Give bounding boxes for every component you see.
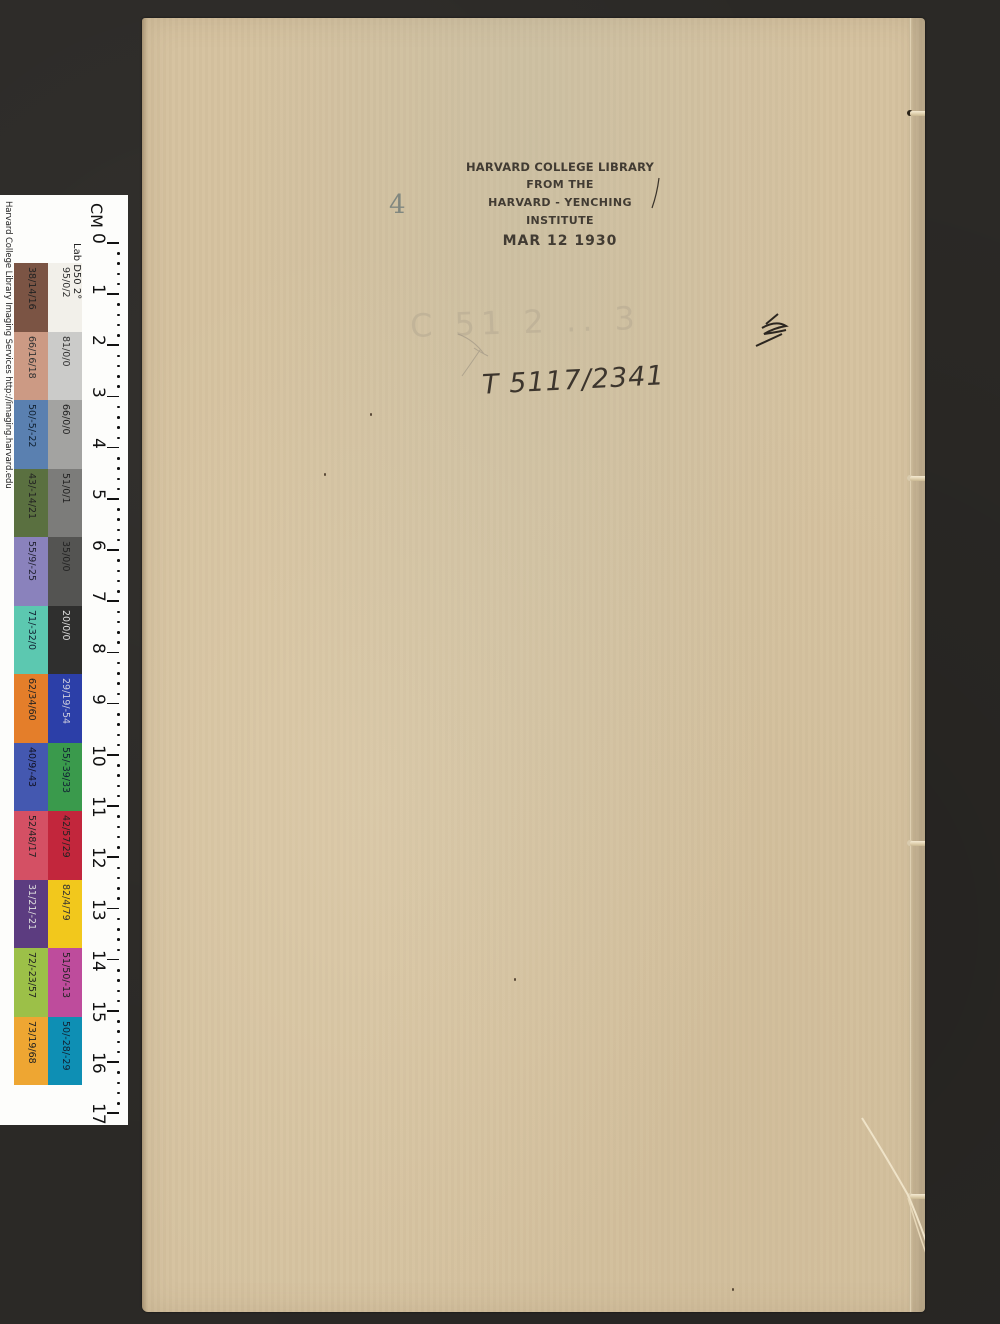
ruler-major-tick bbox=[107, 293, 119, 295]
ruler-number: 2 bbox=[89, 335, 106, 346]
ruler-minor-tick bbox=[117, 764, 120, 767]
ruler-minor-tick bbox=[117, 488, 120, 491]
swatch-label: 55/-39/33 bbox=[48, 747, 82, 816]
ruler-minor-tick bbox=[117, 918, 120, 921]
ruler-minor-tick bbox=[117, 508, 120, 511]
ruler-number: 3 bbox=[89, 387, 106, 398]
ruler-number: 13 bbox=[89, 899, 106, 921]
swatch-label: 20/0/0 bbox=[48, 610, 82, 679]
ruler-major-tick bbox=[107, 447, 119, 449]
ruler-number: 5 bbox=[89, 489, 106, 500]
color-swatch: 51/0/1 bbox=[48, 469, 82, 538]
ruler-minor-tick bbox=[117, 559, 120, 562]
ruler-minor-tick bbox=[117, 1082, 120, 1085]
ruler-minor-tick bbox=[117, 836, 120, 839]
ruler-minor-tick bbox=[117, 273, 120, 276]
color-swatch: 42/57/29 bbox=[48, 811, 82, 880]
ruler-minor-tick bbox=[117, 478, 120, 481]
ruler-minor-tick bbox=[117, 795, 120, 798]
ruler-minor-tick bbox=[117, 928, 120, 931]
ruler-major-tick bbox=[107, 856, 119, 858]
ruler-minor-tick bbox=[117, 723, 120, 726]
swatch-label: 31/21/-21 bbox=[14, 884, 48, 953]
ruler-minor-tick bbox=[117, 938, 120, 941]
ruler-minor-tick bbox=[117, 303, 120, 306]
ruler-minor-tick bbox=[117, 672, 120, 675]
ruler-minor-tick bbox=[117, 979, 120, 982]
swatch-label: 52/48/17 bbox=[14, 815, 48, 884]
color-swatch: 31/21/-21 bbox=[14, 880, 48, 949]
ruler-minor-tick bbox=[117, 713, 120, 716]
ruler-minor-tick bbox=[117, 570, 120, 573]
ruler-number: 17 bbox=[89, 1103, 106, 1125]
ruler-minor-tick bbox=[117, 693, 120, 696]
ruler-minor-tick bbox=[117, 621, 120, 624]
ruler-minor-tick bbox=[117, 877, 120, 880]
ruler-number: 8 bbox=[89, 643, 106, 654]
color-swatch: 50/-5/-22 bbox=[14, 400, 48, 469]
color-calibration-target: Harvard College Library Imaging Services… bbox=[0, 195, 128, 1125]
ruler-number: 10 bbox=[89, 745, 106, 767]
ruler-minor-tick bbox=[117, 846, 120, 849]
ruler-minor-tick bbox=[117, 426, 120, 429]
swatch-label: 72/-23/57 bbox=[14, 952, 48, 1021]
ruler-minor-tick bbox=[117, 365, 120, 368]
swatch-label: 51/50/-13 bbox=[48, 952, 82, 1021]
ruler-minor-tick bbox=[117, 611, 120, 614]
ruler-major-tick bbox=[107, 1061, 119, 1063]
color-swatch: 72/-23/57 bbox=[14, 948, 48, 1017]
ruler-number: 1 bbox=[89, 284, 106, 295]
ruler-minor-tick bbox=[117, 1092, 120, 1095]
color-swatch: 82/4/79 bbox=[48, 880, 82, 949]
ruler-minor-tick bbox=[117, 949, 120, 952]
color-swatch: 71/-32/0 bbox=[14, 606, 48, 675]
swatch-label: 40/9/-43 bbox=[14, 747, 48, 816]
ruler-minor-tick bbox=[117, 815, 120, 818]
ruler-minor-tick bbox=[117, 529, 120, 532]
ruler-major-tick bbox=[107, 498, 119, 500]
ruler-minor-tick bbox=[117, 252, 120, 255]
swatch-label: 38/14/16 bbox=[14, 267, 48, 336]
color-swatch: 29/19/-54 bbox=[48, 674, 82, 743]
ruler-minor-tick bbox=[117, 262, 120, 265]
color-swatch: 35/0/0 bbox=[48, 537, 82, 606]
color-swatch: 55/-39/33 bbox=[48, 743, 82, 812]
color-swatch: 62/34/60 bbox=[14, 674, 48, 743]
ruler-major-tick bbox=[107, 754, 119, 756]
ruler-minor-tick bbox=[117, 887, 120, 890]
ruler-minor-tick bbox=[117, 744, 120, 747]
ruler-number: 9 bbox=[89, 694, 106, 705]
color-swatch: 51/50/-13 bbox=[48, 948, 82, 1017]
ruler-minor-tick bbox=[117, 734, 120, 737]
ruler-minor-tick bbox=[117, 467, 120, 470]
ruler-minor-tick bbox=[117, 334, 120, 337]
ruler-major-tick bbox=[107, 396, 119, 398]
swatch-label: 50/-28/-29 bbox=[48, 1021, 82, 1090]
swatch-label: 35/0/0 bbox=[48, 541, 82, 610]
swatch-label: 29/19/-54 bbox=[48, 678, 82, 747]
ruler-major-tick bbox=[107, 703, 119, 705]
ruler-minor-tick bbox=[117, 641, 120, 644]
color-swatch: 50/-28/-29 bbox=[48, 1017, 82, 1086]
ruler-minor-tick bbox=[117, 457, 120, 460]
color-swatch: 52/48/17 bbox=[14, 811, 48, 880]
ruler-major-tick bbox=[107, 959, 119, 961]
ruler-minor-tick bbox=[117, 416, 120, 419]
ruler-major-tick bbox=[107, 549, 119, 551]
ruler-major-tick bbox=[107, 344, 119, 346]
swatch-label: 42/57/29 bbox=[48, 815, 82, 884]
ruler-minor-tick bbox=[117, 283, 120, 286]
ruler-minor-tick bbox=[117, 1000, 120, 1003]
ruler-number: 12 bbox=[89, 847, 106, 869]
ruler-number: 11 bbox=[89, 796, 106, 818]
color-swatch: 20/0/0 bbox=[48, 606, 82, 675]
ruler-number: 0 bbox=[89, 233, 106, 244]
target-credit-line: Harvard College Library Imaging Services… bbox=[2, 201, 14, 601]
ruler-minor-tick bbox=[117, 385, 120, 388]
swatch-label: 66/0/0 bbox=[48, 404, 82, 473]
color-swatch: 73/19/68 bbox=[14, 1017, 48, 1086]
book-cover: 4 HARVARD COLLEGE LIBRARY FROM THE HARVA… bbox=[142, 18, 925, 1312]
color-swatch: 66/16/18 bbox=[14, 332, 48, 401]
ruler-minor-tick bbox=[117, 437, 120, 440]
ruler-minor-tick bbox=[117, 1102, 120, 1105]
loose-thread bbox=[142, 18, 925, 1312]
ruler-major-tick bbox=[107, 1010, 119, 1012]
swatch-label: 73/19/68 bbox=[14, 1021, 48, 1090]
ruler-major-tick bbox=[107, 242, 119, 244]
ruler-major-tick bbox=[107, 1112, 119, 1114]
ruler-minor-tick bbox=[117, 990, 120, 993]
color-swatch: 55/9/-25 bbox=[14, 537, 48, 606]
ruler-minor-tick bbox=[117, 518, 120, 521]
ruler-number: 7 bbox=[89, 591, 106, 602]
ruler-minor-tick bbox=[117, 662, 120, 665]
ruler-minor-tick bbox=[117, 785, 120, 788]
swatch-label: 43/-14/21 bbox=[14, 473, 48, 542]
ruler-minor-tick bbox=[117, 539, 120, 542]
ruler-unit-label: CM bbox=[88, 203, 104, 228]
ruler-number: 15 bbox=[89, 1001, 106, 1023]
ruler-minor-tick bbox=[117, 1020, 120, 1023]
ruler-minor-tick bbox=[117, 314, 120, 317]
swatch-label: 62/34/60 bbox=[14, 678, 48, 747]
ruler-minor-tick bbox=[117, 631, 120, 634]
swatch-label: 82/4/79 bbox=[48, 884, 82, 953]
ruler-standard-label: Lab D50 2° bbox=[70, 243, 82, 299]
ruler-major-tick bbox=[107, 652, 119, 654]
ruler-minor-tick bbox=[117, 355, 120, 358]
swatch-label: 50/-5/-22 bbox=[14, 404, 48, 473]
ruler-number: 16 bbox=[89, 1052, 106, 1074]
ruler-minor-tick bbox=[117, 969, 120, 972]
ruler-minor-tick bbox=[117, 406, 120, 409]
ruler-minor-tick bbox=[117, 774, 120, 777]
swatch-label: 66/16/18 bbox=[14, 336, 48, 405]
ruler-minor-tick bbox=[117, 826, 120, 829]
ruler-number: 4 bbox=[89, 438, 106, 449]
swatch-label: 71/-32/0 bbox=[14, 610, 48, 679]
ruler-minor-tick bbox=[117, 867, 120, 870]
swatch-label: 51/0/1 bbox=[48, 473, 82, 542]
color-swatch: 38/14/16 bbox=[14, 263, 48, 332]
ruler-minor-tick bbox=[117, 1041, 120, 1044]
swatch-label: 81/0/0 bbox=[48, 336, 82, 405]
color-swatch: 66/0/0 bbox=[48, 400, 82, 469]
ruler-minor-tick bbox=[117, 1030, 120, 1033]
ruler-minor-tick bbox=[117, 897, 120, 900]
ruler-major-tick bbox=[107, 805, 119, 807]
ruler-minor-tick bbox=[117, 682, 120, 685]
ruler-number: 6 bbox=[89, 540, 106, 551]
ruler-minor-tick bbox=[117, 375, 120, 378]
ruler-major-tick bbox=[107, 908, 119, 910]
ruler-minor-tick bbox=[117, 1051, 120, 1054]
color-swatch: 43/-14/21 bbox=[14, 469, 48, 538]
ruler-minor-tick bbox=[117, 324, 120, 327]
ruler-minor-tick bbox=[117, 580, 120, 583]
ruler-minor-tick bbox=[117, 590, 120, 593]
ruler-number: 14 bbox=[89, 950, 106, 972]
swatch-label: 55/9/-25 bbox=[14, 541, 48, 610]
color-swatch: 40/9/-43 bbox=[14, 743, 48, 812]
color-swatch: 81/0/0 bbox=[48, 332, 82, 401]
ruler-major-tick bbox=[107, 600, 119, 602]
ruler-minor-tick bbox=[117, 1071, 120, 1074]
